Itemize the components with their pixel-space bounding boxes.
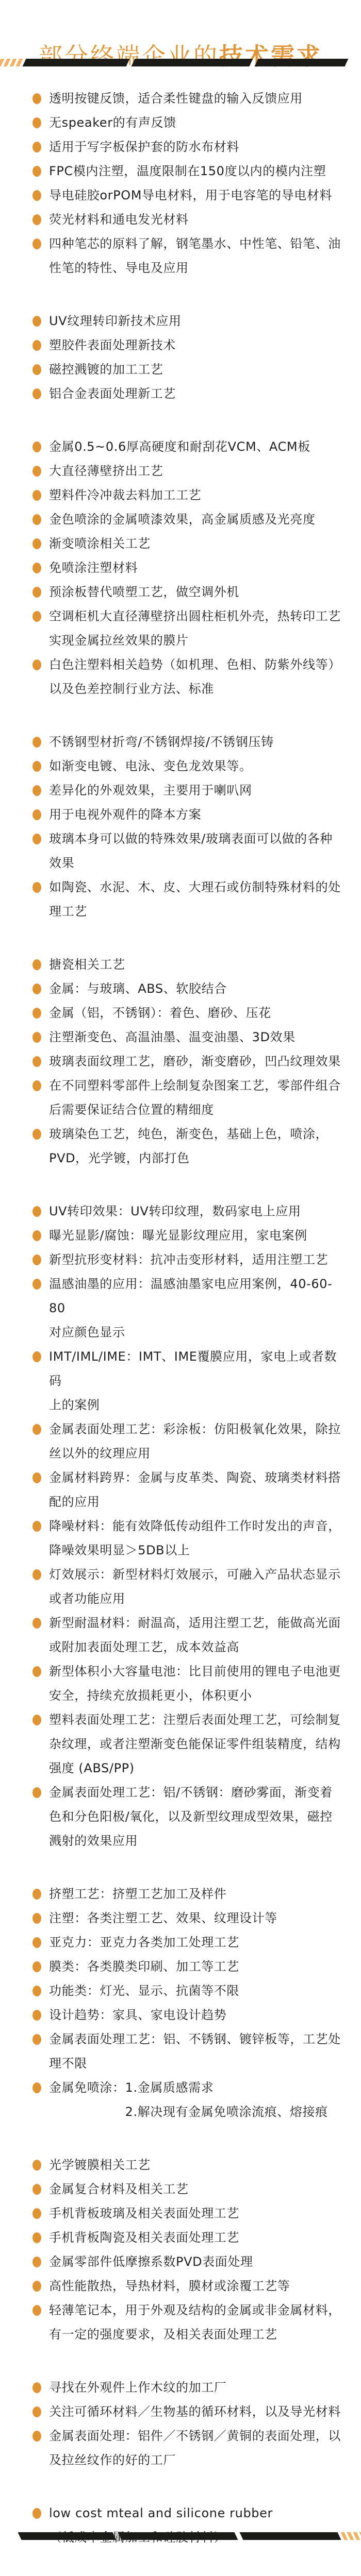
bullet-item-text: 金属（铝，不锈钢）：着色、磨砂、压花 bbox=[49, 1006, 271, 1020]
bullet-item-text: FPC模内注塑，温度限制在150度以内的模内注塑 bbox=[49, 164, 326, 178]
bullet-dot-icon bbox=[32, 761, 41, 772]
bullet-item-text: 不锈钢型材折弯/不锈钢焊接/不锈钢压铸 bbox=[49, 735, 274, 749]
bullet-item-text: 透明按键反馈，适合柔性键盘的输入反馈应用 bbox=[49, 91, 303, 106]
bullet-item-text: 设计趋势：家具、家电设计趋势 bbox=[49, 2008, 226, 2022]
bullet-item-text: 在不同塑料零部件上绘制复杂图案工艺，零部件组合 后需要保证结合位置的精细度 bbox=[49, 1078, 341, 1117]
bullet-item-text: 新型耐温材料：耐温高，适用注塑工艺，能做高光面 或附加表面处理工艺，成本效益高 bbox=[49, 1616, 341, 1654]
bullet-dot-icon bbox=[32, 1129, 41, 1140]
bullet-item-text: 渐变喷涂相关工艺 bbox=[49, 536, 151, 551]
bullet-item: 降噪材料：能有效降低传动组件工作时发出的声音， 降噪效果明显＞5DB以上 bbox=[0, 1514, 361, 1563]
bullet-item: 在不同塑料零部件上绘制复杂图案工艺，零部件组合 后需要保证结合位置的精细度 bbox=[0, 1074, 361, 1122]
bullet-item-text: 金属表面处理工艺：彩涂板：仿阳极氧化效果，除拉 丝以外的纹理应用 bbox=[49, 1422, 341, 1461]
bullet-item: 金属复合材料及相关工艺 bbox=[0, 2177, 361, 2201]
bullet-item-text: 四种笔芯的原料了解，钢笔墨水、中性笔、铅笔、油 性笔的特性、导电及应用 bbox=[49, 236, 341, 275]
bullet-item: 金属：与玻璃、ABS、软胶结合 bbox=[0, 977, 361, 1001]
bullet-item: 功能类：灯光、显示、抗菌等不限 bbox=[0, 1979, 361, 2003]
bullet-item: 新型体积小大容量电池：比目前使用的锂电子电池更 安全，持续充放损耗更小，体积更小 bbox=[0, 1659, 361, 1708]
bullet-item: 关注可循环材料／生物基的循环材料，以及导光材料 bbox=[0, 2400, 361, 2424]
bullet-item: 空调柜机大直径薄壁挤出圆柱柜机外壳，热转印工艺 实现金属拉丝效果的膜片 bbox=[0, 604, 361, 653]
bullet-group: 光学镀膜相关工艺金属复合材料及相关工艺手机背板玻璃及相关表面处理工艺手机背板陶瓷… bbox=[0, 2153, 361, 2347]
bullet-item-lead: 金属免喷涂： bbox=[49, 2080, 125, 2095]
bullet-dot-icon bbox=[32, 364, 41, 375]
bullet-dot-icon bbox=[32, 737, 41, 748]
bullet-dot-icon bbox=[32, 316, 41, 327]
bullet-dot-icon bbox=[32, 442, 41, 452]
bullet-dot-icon bbox=[32, 882, 41, 893]
divider-bar-segment bbox=[118, 2532, 238, 2540]
bullet-item: 金属（铝，不锈钢）：着色、磨砂、压花 bbox=[0, 1001, 361, 1025]
bullet-dot-icon bbox=[32, 2406, 41, 2417]
bullet-item: 温感油墨的应用：温感油墨家电应用案例，40-60-80 对应颜色显示 bbox=[0, 1272, 361, 1345]
bullet-dot-icon bbox=[32, 2257, 41, 2267]
bullet-item: 新型抗形变材料：抗冲击变形材料，适用注塑工艺 bbox=[0, 1248, 361, 1272]
bullet-dot-icon bbox=[32, 214, 41, 225]
bullet-item: 亚克力：亚克力各类加工处理工艺 bbox=[0, 1930, 361, 1955]
bullet-item: IMT/IML/IME：IMT、IME覆膜应用，家电上或者数码 上的案例 bbox=[0, 1345, 361, 1417]
bullet-item-text: 如陶瓷、水泥、木、皮、大理石或仿制特殊材料的处 理工艺 bbox=[49, 880, 341, 919]
bullet-dot-icon bbox=[32, 1666, 41, 1677]
bullet-item: 玻璃表面纹理工艺，磨砂，渐变磨砂，凹凸纹理效果 bbox=[0, 1049, 361, 1074]
bullet-dot-icon bbox=[32, 2208, 41, 2219]
bullet-dot-icon bbox=[32, 1521, 41, 1532]
bullet-group: UV转印效果：UV转印纹理，数码家电上应用曝光显影/腐蚀：曝光显影纹理应用，家电… bbox=[0, 1199, 361, 1853]
bullet-item-text: 无speaker的有声反馈 bbox=[49, 115, 176, 130]
bullet-item: UV纹理转印新技术应用 bbox=[0, 309, 361, 333]
bullet-dot-icon bbox=[32, 2082, 41, 2093]
bullet-dot-icon bbox=[32, 514, 41, 525]
bullet-item: 寻找在外观件上作木纹的加工厂 bbox=[0, 2376, 361, 2400]
bullet-dot-icon bbox=[32, 1889, 41, 1900]
bullet-item-text: 适用于写字板保护套的防水布材料 bbox=[49, 140, 239, 154]
bullet-item: 金属0.5~0.6厚高硬度和耐刮花VCM、ACM板 bbox=[0, 435, 361, 459]
bullet-item: low cost mteal and silicone rubber （低成本金… bbox=[0, 2501, 361, 2550]
bullet-item-text: UV纹理转印新技术应用 bbox=[49, 314, 182, 328]
bullet-group: UV纹理转印新技术应用塑胶件表面处理新技术磁控溅镀的加工工艺铝合金表面处理新工艺 bbox=[0, 309, 361, 406]
bullet-dot-icon bbox=[32, 1056, 41, 1067]
bullet-item-text: 挤塑工艺：挤塑工艺加工及样件 bbox=[49, 1887, 226, 1901]
bullet-item-text: 光学镀膜相关工艺 bbox=[49, 2158, 151, 2172]
bullet-dot-icon bbox=[32, 2382, 41, 2393]
bullet-item-text: 如渐变电镀、电泳、变色龙效果等。 bbox=[49, 759, 252, 773]
bullet-item: 透明按键反馈，适合柔性键盘的输入反馈应用 bbox=[0, 87, 361, 111]
bullet-item-text: 金属0.5~0.6厚高硬度和耐刮花VCM、ACM板 bbox=[49, 439, 310, 454]
bullet-item-text: 白色注塑料相关趋势（如机理、色相、防紫外线等） 以及色差控制行业方法、标准 bbox=[49, 657, 341, 696]
bullet-dot-icon bbox=[32, 1255, 41, 1265]
bullet-item-text: 金属零部件低摩擦系数PVD表面处理 bbox=[49, 2255, 253, 2269]
bullet-dot-icon bbox=[32, 466, 41, 477]
bullet-item: 金属零部件低摩擦系数PVD表面处理 bbox=[0, 2250, 361, 2274]
bullet-item-text: 手机背板陶瓷及相关表面处理工艺 bbox=[49, 2230, 239, 2245]
bullet-group: 寻找在外观件上作木纹的加工厂关注可循环材料／生物基的循环材料，以及导光材料金属表… bbox=[0, 2376, 361, 2472]
bullet-item: 铝合金表面处理新工艺 bbox=[0, 382, 361, 406]
bullet-item: 设计趋势：家具、家电设计趋势 bbox=[0, 2003, 361, 2027]
bullet-dot-icon bbox=[32, 1715, 41, 1725]
bullet-dot-icon bbox=[32, 1279, 41, 1290]
bullet-dot-icon bbox=[32, 166, 41, 177]
bullet-dot-icon bbox=[32, 2232, 41, 2243]
bullet-dot-icon bbox=[32, 2184, 41, 2195]
bullet-item-text: 降噪材料：能有效降低传动组件工作时发出的声音， 降噪效果明显＞5DB以上 bbox=[49, 1519, 341, 1557]
bullet-dot-icon bbox=[32, 239, 41, 249]
bullet-item: 金属免喷涂：1.金属质感需求2.解决现有金属免喷涂流痕、熔接痕 bbox=[0, 2076, 361, 2124]
bullet-item: 塑料件冷冲裁去料加工工艺 bbox=[0, 483, 361, 507]
bullet-item-text: 金属材料跨界：金属与皮革类、陶瓷、玻璃类材料搭 配的应用 bbox=[49, 1470, 341, 1509]
bullet-item-text: 金属复合材料及相关工艺 bbox=[49, 2182, 189, 2196]
bullet-item: 膜类：各类膜类印刷、加工等工艺 bbox=[0, 1955, 361, 1979]
bullet-item-text: 搪瓷相关工艺 bbox=[49, 957, 125, 972]
bullet-item: 金属表面处理工艺：彩涂板：仿阳极氧化效果，除拉 丝以外的纹理应用 bbox=[0, 1417, 361, 1466]
bullet-item-text: 导电硅胶orPOM导电材料，用于电容笔的导电材料 bbox=[49, 188, 332, 202]
bullet-item-text: 用于电视外观件的降本方案 bbox=[49, 807, 201, 822]
bullet-item-text: 手机背板玻璃及相关表面处理工艺 bbox=[49, 2206, 239, 2221]
bullet-item-text: 膜类：各类膜类印刷、加工等工艺 bbox=[49, 1959, 239, 1974]
bullet-item: 搪瓷相关工艺 bbox=[0, 953, 361, 977]
bullet-item-text: 金色喷涂的金属喷漆效果，高金属质感及光亮度 bbox=[49, 512, 316, 527]
bullet-dot-icon bbox=[32, 611, 41, 622]
bullet-dot-icon bbox=[32, 1787, 41, 1798]
bullet-item-text: 亚克力：亚克力各类加工处理工艺 bbox=[49, 1935, 239, 1950]
bullet-dot-icon bbox=[32, 1424, 41, 1435]
bullet-dot-icon bbox=[32, 984, 41, 994]
bullet-item-text: 玻璃表面纹理工艺，磨砂，渐变磨砂，凹凸纹理效果 bbox=[49, 1054, 341, 1069]
bullet-group: 透明按键反馈，适合柔性键盘的输入反馈应用无speaker的有声反馈适用于写字板保… bbox=[0, 87, 361, 280]
bullet-item: 适用于写字板保护套的防水布材料 bbox=[0, 135, 361, 159]
bullet-dot-icon bbox=[32, 1961, 41, 1972]
bullet-item-text: 玻璃染色工艺，纯色，渐变色，基础上色，喷涂， PVD，光学镀，内部打色 bbox=[49, 1127, 328, 1165]
divider-bar-segment bbox=[18, 2532, 117, 2540]
bullet-dot-icon bbox=[32, 2431, 41, 2442]
bullet-dot-icon bbox=[32, 1913, 41, 1924]
bullet-item: 金属表面处理工艺：铝/不锈钢：磨砂雾面，渐变着 色和分色阳极/氧化，以及新型纹理… bbox=[0, 1781, 361, 1853]
bullet-dot-icon bbox=[32, 142, 41, 152]
bullet-item-text: UV转印效果：UV转印纹理，数码家电上应用 bbox=[49, 1204, 301, 1218]
bullet-dot-icon bbox=[32, 538, 41, 549]
bullet-item-text: 金属表面处理工艺：铝/不锈钢：磨砂雾面，渐变着 色和分色阳极/氧化，以及新型纹理… bbox=[49, 1785, 333, 1848]
bullet-item-text: 曝光显影/腐蚀：曝光显影纹理应用，家电案例 bbox=[49, 1228, 307, 1243]
bullet-group: 不锈钢型材折弯/不锈钢焊接/不锈钢压铸如渐变电镀、电泳、变色龙效果等。差异化的外… bbox=[0, 730, 361, 924]
bullet-item-text: 塑料表面处理工艺：注塑后表面处理工艺，可绘制复 杂纹理，或者注塑渐变色能保证零件… bbox=[49, 1713, 341, 1775]
bullet-item-text: 金属表面处理：铝件／不锈钢／黄铜的表面处理，以 及拉丝纹作的好的工厂 bbox=[49, 2429, 341, 2467]
bullet-dot-icon bbox=[32, 340, 41, 351]
bullet-item: 荧光材料和通电发光材料 bbox=[0, 208, 361, 232]
bullet-item: 金色喷涂的金属喷漆效果，高金属质感及光亮度 bbox=[0, 507, 361, 532]
bullet-item: 差异化的外观效果，主要用于喇叭网 bbox=[0, 778, 361, 803]
bullet-dot-icon bbox=[32, 2508, 41, 2519]
bullet-item-text: 荧光材料和通电发光材料 bbox=[49, 212, 189, 227]
bullet-group: 挤塑工艺：挤塑工艺加工及样件注塑：各类注塑工艺、效果、纹理设计等亚克力：亚克力各… bbox=[0, 1882, 361, 2124]
bullet-dot-icon bbox=[32, 1008, 41, 1019]
bullet-item: FPC模内注塑，温度限制在150度以内的模内注塑 bbox=[0, 159, 361, 183]
bullet-item: 用于电视外观件的降本方案 bbox=[0, 803, 361, 827]
bullet-dot-icon bbox=[32, 587, 41, 598]
bullet-group: 金属0.5~0.6厚高硬度和耐刮花VCM、ACM板大直径薄壁挤出工艺塑料件冷冲裁… bbox=[0, 435, 361, 701]
bullet-dot-icon bbox=[32, 490, 41, 501]
bullet-dot-icon bbox=[32, 1080, 41, 1091]
bullet-item: 白色注塑料相关趋势（如机理、色相、防紫外线等） 以及色差控制行业方法、标准 bbox=[0, 653, 361, 701]
bullet-item: 预涂板替代喷塑工艺，做空调外机 bbox=[0, 580, 361, 604]
bullet-item: 不锈钢型材折弯/不锈钢焊接/不锈钢压铸 bbox=[0, 730, 361, 754]
divider-stripe-icon bbox=[347, 2532, 354, 2540]
bullet-item-text: 玻璃本身可以做的特殊效果/玻璃表面可以做的各种 效果 bbox=[49, 832, 333, 870]
bullet-item: 磁控溅镀的加工工艺 bbox=[0, 358, 361, 382]
bullet-dot-icon bbox=[32, 117, 41, 128]
bullet-dot-icon bbox=[32, 2034, 41, 2045]
bullet-dot-icon bbox=[32, 1618, 41, 1629]
bullet-item: 轻薄笔记本，用于外观及结构的金属或非金属材料， 有一定的强度要求，及相关表面处理… bbox=[0, 2298, 361, 2347]
bullet-item: 金属材料跨界：金属与皮革类、陶瓷、玻璃类材料搭 配的应用 bbox=[0, 1466, 361, 1514]
bullet-item-text: 灯效展示：新型材料灯效展示，可融入产品状态显示 或者功能应用 bbox=[49, 1567, 341, 1606]
bullet-item: 导电硅胶orPOM导电材料，用于电容笔的导电材料 bbox=[0, 183, 361, 208]
divider-stripe-icon bbox=[353, 2532, 360, 2540]
bullet-dot-icon bbox=[32, 834, 41, 844]
bullet-item-text: 轻薄笔记本，用于外观及结构的金属或非金属材料， 有一定的强度要求，及相关表面处理… bbox=[49, 2303, 341, 2342]
bullet-dot-icon bbox=[32, 388, 41, 399]
bullet-item-line: 1.金属质感需求 bbox=[125, 2076, 328, 2100]
bullet-dot-icon bbox=[32, 93, 41, 104]
bullet-group: 搪瓷相关工艺金属：与玻璃、ABS、软胶结合金属（铝，不锈钢）：着色、磨砂、压花注… bbox=[0, 953, 361, 1171]
bullet-item: 如陶瓷、水泥、木、皮、大理石或仿制特殊材料的处 理工艺 bbox=[0, 875, 361, 924]
top-divider bbox=[0, 59, 361, 66]
bullet-item-text: 新型体积小大容量电池：比目前使用的锂电子电池更 安全，持续充放损耗更小，体积更小 bbox=[49, 1664, 341, 1703]
bullet-item: 新型耐温材料：耐温高，适用注塑工艺，能做高光面 或附加表面处理工艺，成本效益高 bbox=[0, 1611, 361, 1659]
bullet-item: 高性能散热，导热材料，膜材或涂覆工艺等 bbox=[0, 2274, 361, 2298]
bullet-item: 注塑渐变色、高温油墨、温变油墨、3D效果 bbox=[0, 1025, 361, 1049]
bullet-item-text: 关注可循环材料／生物基的循环材料，以及导光材料 bbox=[49, 2404, 341, 2419]
bullet-item-text: IMT/IML/IME：IMT、IME覆膜应用，家电上或者数码 上的案例 bbox=[49, 1349, 337, 1412]
divider-bar-segment bbox=[132, 59, 253, 66]
bullet-item-text: 塑料件冷冲裁去料加工工艺 bbox=[49, 488, 201, 502]
bullet-dot-icon bbox=[32, 1206, 41, 1217]
divider-bar-segment bbox=[255, 59, 349, 66]
bullet-dot-icon bbox=[32, 2010, 41, 2021]
bullet-item-text: 新型抗形变材料：抗冲击变形材料，适用注塑工艺 bbox=[49, 1252, 328, 1267]
bullet-dot-icon bbox=[32, 1230, 41, 1241]
bullet-item: 塑料表面处理工艺：注塑后表面处理工艺，可绘制复 杂纹理，或者注塑渐变色能保证零件… bbox=[0, 1708, 361, 1781]
bullet-item-text: 寻找在外观件上作木纹的加工厂 bbox=[49, 2380, 226, 2395]
bullet-item-text: 金属表面处理工艺：铝、不锈钢、镀锌板等，工艺处 理不限 bbox=[49, 2032, 341, 2071]
divider-bar-segment bbox=[240, 2532, 341, 2540]
bullet-dot-icon bbox=[32, 563, 41, 573]
bullet-item-numbered-lines: 1.金属质感需求2.解决现有金属免喷涂流痕、熔接痕 bbox=[125, 2076, 328, 2124]
bullet-group: low cost mteal and silicone rubber （低成本金… bbox=[0, 2501, 361, 2550]
bullet-item: 如渐变电镀、电泳、变色龙效果等。 bbox=[0, 754, 361, 778]
bullet-item-text: 铝合金表面处理新工艺 bbox=[49, 386, 176, 401]
bullet-item: UV转印效果：UV转印纹理，数码家电上应用 bbox=[0, 1199, 361, 1224]
bullet-item-text: 大直径薄壁挤出工艺 bbox=[49, 464, 163, 478]
bullet-item: 玻璃本身可以做的特殊效果/玻璃表面可以做的各种 效果 bbox=[0, 827, 361, 875]
bullet-item: 金属表面处理：铝件／不锈钢／黄铜的表面处理，以 及拉丝纹作的好的工厂 bbox=[0, 2424, 361, 2472]
bullet-item: 注塑：各类注塑工艺、效果、纹理设计等 bbox=[0, 1906, 361, 1930]
bullet-item-text: 免喷涂注塑材料 bbox=[49, 561, 138, 575]
bullet-item-text: 温感油墨的应用：温感油墨家电应用案例，40-60-80 对应颜色显示 bbox=[49, 1277, 332, 1340]
divider-stripe-icon bbox=[341, 2532, 348, 2540]
bullet-dot-icon bbox=[32, 2305, 41, 2316]
bullet-item-text: 差异化的外观效果，主要用于喇叭网 bbox=[49, 783, 252, 798]
bullet-item-text: 高性能散热，导热材料，膜材或涂覆工艺等 bbox=[49, 2279, 290, 2293]
bullet-dot-icon bbox=[32, 659, 41, 670]
bullet-item: 手机背板陶瓷及相关表面处理工艺 bbox=[0, 2226, 361, 2250]
bullet-dot-icon bbox=[32, 1937, 41, 1948]
divider-stripe-icon bbox=[16, 59, 23, 66]
bullet-item-text: 金属：与玻璃、ABS、软胶结合 bbox=[49, 981, 227, 996]
bullet-item: 渐变喷涂相关工艺 bbox=[0, 532, 361, 556]
bullet-item-text: 预涂板替代喷塑工艺，做空调外机 bbox=[49, 585, 239, 599]
bullet-item: 手机背板玻璃及相关表面处理工艺 bbox=[0, 2201, 361, 2226]
bullet-groups: 透明按键反馈，适合柔性键盘的输入反馈应用无speaker的有声反馈适用于写字板保… bbox=[0, 87, 361, 2550]
bullet-dot-icon bbox=[32, 809, 41, 820]
divider-bar-segment bbox=[23, 59, 130, 66]
bullet-dot-icon bbox=[32, 1472, 41, 1483]
bullet-item: 塑胶件表面处理新技术 bbox=[0, 333, 361, 358]
bullet-item: 玻璃染色工艺，纯色，渐变色，基础上色，喷涂， PVD，光学镀，内部打色 bbox=[0, 1122, 361, 1171]
bullet-item-line: 2.解决现有金属免喷涂流痕、熔接痕 bbox=[125, 2100, 328, 2124]
bullet-item: 挤塑工艺：挤塑工艺加工及样件 bbox=[0, 1882, 361, 1906]
bullet-item: 曝光显影/腐蚀：曝光显影纹理应用，家电案例 bbox=[0, 1224, 361, 1248]
bullet-dot-icon bbox=[32, 1032, 41, 1043]
bullet-item-text: 磁控溅镀的加工工艺 bbox=[49, 362, 163, 377]
bullet-dot-icon bbox=[32, 1569, 41, 1580]
bullet-dot-icon bbox=[32, 785, 41, 796]
bullet-item-text: 塑胶件表面处理新技术 bbox=[49, 338, 176, 352]
bullet-item-text: 功能类：灯光、显示、抗菌等不限 bbox=[49, 1984, 239, 1998]
bullet-item-text: 注塑：各类注塑工艺、效果、纹理设计等 bbox=[49, 1911, 277, 1925]
bullet-dot-icon bbox=[32, 1351, 41, 1362]
bullet-item: 金属表面处理工艺：铝、不锈钢、镀锌板等，工艺处 理不限 bbox=[0, 2027, 361, 2076]
bullet-item: 大直径薄壁挤出工艺 bbox=[0, 459, 361, 483]
bullet-dot-icon bbox=[32, 1986, 41, 1996]
bullet-item: 四种笔芯的原料了解，钢笔墨水、中性笔、铅笔、油 性笔的特性、导电及应用 bbox=[0, 232, 361, 280]
bullet-item: 光学镀膜相关工艺 bbox=[0, 2153, 361, 2177]
bullet-dot-icon bbox=[32, 2160, 41, 2171]
bullet-item-text: 空调柜机大直径薄壁挤出圆柱柜机外壳，热转印工艺 实现金属拉丝效果的膜片 bbox=[49, 609, 341, 648]
bottom-divider bbox=[0, 2532, 361, 2540]
bullet-item: 无speaker的有声反馈 bbox=[0, 111, 361, 135]
bullet-item: 免喷涂注塑材料 bbox=[0, 556, 361, 580]
bullet-dot-icon bbox=[32, 2281, 41, 2292]
bullet-item: 灯效展示：新型材料灯效展示，可融入产品状态显示 或者功能应用 bbox=[0, 1563, 361, 1611]
bullet-dot-icon bbox=[32, 190, 41, 201]
bullet-dot-icon bbox=[32, 959, 41, 970]
bullet-item-text: 注塑渐变色、高温油墨、温变油墨、3D效果 bbox=[49, 1030, 296, 1044]
